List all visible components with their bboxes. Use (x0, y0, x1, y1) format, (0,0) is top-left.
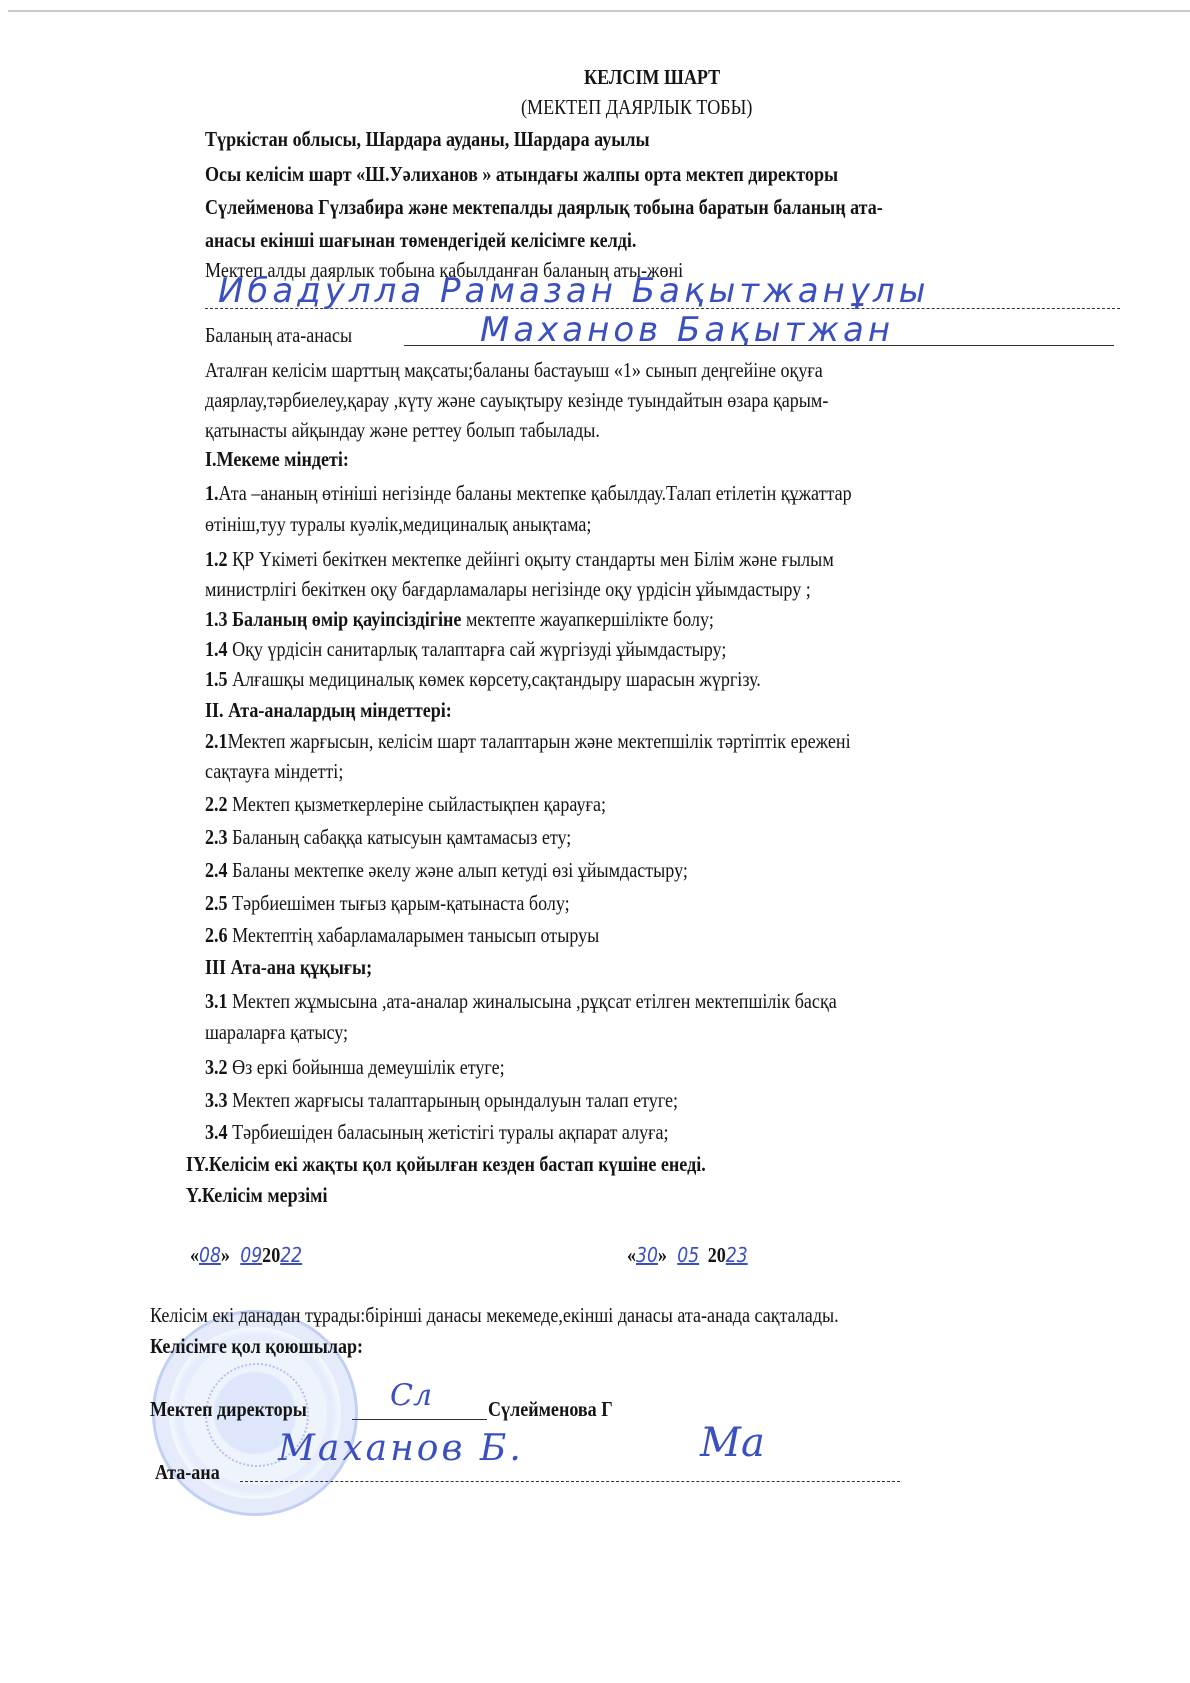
location-line: Түркістан облысы, Шардара ауданы, Шардар… (205, 127, 650, 152)
purpose-line-2: даярлау,тәрбиелеу,қарау ,күту және сауық… (205, 388, 828, 413)
parent-signature-mark: Ма (700, 1420, 765, 1466)
document-subtitle: (МЕКТЕП ДАЯРЛЫК ТОБЫ) (521, 95, 752, 120)
intro-line-1: Осы келісім шарт «Ш.Уәлиханов » атындағы… (205, 162, 838, 187)
child-name-handwritten: Ибадулла Рамазан Бақытжанұлы (218, 271, 929, 311)
section-1-item-2: 1.2 ҚР Үкіметі бекіткен мектепке дейінгі… (205, 547, 834, 572)
section-3-item-1: 3.1 Мектеп жұмысына ,ата-аналар жиналысы… (205, 989, 837, 1014)
section-4-line: IY.Келісім екі жақты қол қойылған кезден… (186, 1152, 706, 1177)
purpose-line-3: қатынасты айқындау және реттеу болып таб… (205, 418, 600, 443)
parent-signature-handwritten: Маханов Б. (278, 1428, 524, 1469)
intro-line-2: Сүлейменова Гүлзабира және мектепалды да… (205, 195, 883, 220)
section-3-heading: III Ата-ана құқығы; (205, 955, 372, 980)
section-3-item-4: 3.4 Тәрбиешіден баласының жетістігі тура… (205, 1120, 669, 1145)
director-label: Мектеп директоры (150, 1397, 307, 1422)
start-date-month: 09 (240, 1243, 262, 1267)
end-date-month: 05 (677, 1243, 699, 1267)
section-1-item-1: 1.Ата –ананың өтініші негізінде баланы м… (205, 481, 852, 506)
signers-heading: Келісімге қол қоюшылар: (150, 1334, 363, 1359)
document-title: КЕЛСІМ ШАРТ (584, 65, 720, 90)
section-3-item-1-cont: шараларға қатысу; (205, 1020, 348, 1045)
scan-edge-line (8, 10, 1190, 12)
parent-signature-line (240, 1481, 900, 1482)
section-1-item-5: 1.5 Алғашқы медициналық көмек көрсету,са… (205, 667, 761, 692)
section-1-item-1-cont: өтініш,туу туралы куәлік,медициналық аны… (205, 512, 591, 537)
end-date-day: 30 (636, 1243, 658, 1267)
section-1-heading: I.Мекеме міндеті: (205, 447, 349, 472)
intro-line-3: анасы екінші шағынан төмендегідей келісі… (205, 228, 636, 253)
section-2-item-2: 2.2 Мектеп қызметкерлеріне сыйластықпен … (205, 792, 606, 817)
section-2-item-1: 2.1Мектеп жарғысын, келісім шарт талапта… (205, 729, 851, 754)
director-signature-line (352, 1419, 487, 1420)
section-1-item-2-cont: министрлігі бекіткен оқу бағдарламалары … (205, 577, 811, 602)
parent-sign-label: Ата-ана (155, 1460, 220, 1485)
section-3-item-3: 3.3 Мектеп жарғысы талаптарының орындалу… (205, 1088, 678, 1113)
section-1-item-4: 1.4 Оқу үрдісін санитарлық талаптарға са… (205, 637, 726, 662)
section-5-heading: Y.Келісім мерзімі (186, 1183, 328, 1208)
section-2-item-5: 2.5 Тәрбиешімен тығыз қарым-қатынаста бо… (205, 891, 570, 916)
director-name: Сүлейменова Г (488, 1397, 613, 1422)
copies-note: Келісім екі данадан тұрады:бірінші данас… (150, 1303, 839, 1328)
section-2-item-4: 2.4 Баланы мектепке әкелу және алып кету… (205, 858, 688, 883)
section-2-item-1-cont: сақтауға міндетті; (205, 759, 343, 784)
start-date-day: 08 (199, 1243, 221, 1267)
section-2-heading: II. Ата-аналардың міндеттері: (205, 698, 452, 723)
director-signature: Сл (390, 1378, 432, 1413)
section-3-item-2: 3.2 Өз еркі бойынша демеушілік етуге; (205, 1055, 505, 1080)
purpose-line-1: Аталған келісім шарттың мақсаты;баланы б… (205, 358, 823, 383)
parent-name-label: Баланың ата-анасы (205, 323, 352, 348)
section-2-item-6: 2.6 Мектептің хабарламаларымен танысып о… (205, 923, 599, 948)
parent-name-handwritten: Маханов Бақытжан (480, 310, 894, 350)
section-2-item-3: 2.3 Баланың сабаққа катысуын қамтамасыз … (205, 825, 571, 850)
start-date: «08»092022 (190, 1243, 302, 1268)
end-date: «30»052023 (627, 1243, 748, 1268)
start-date-year: 22 (280, 1243, 302, 1267)
end-date-year: 23 (726, 1243, 748, 1267)
section-1-item-3: 1.3 Баланың өмір қауіпсіздігіне мектепте… (205, 607, 714, 632)
